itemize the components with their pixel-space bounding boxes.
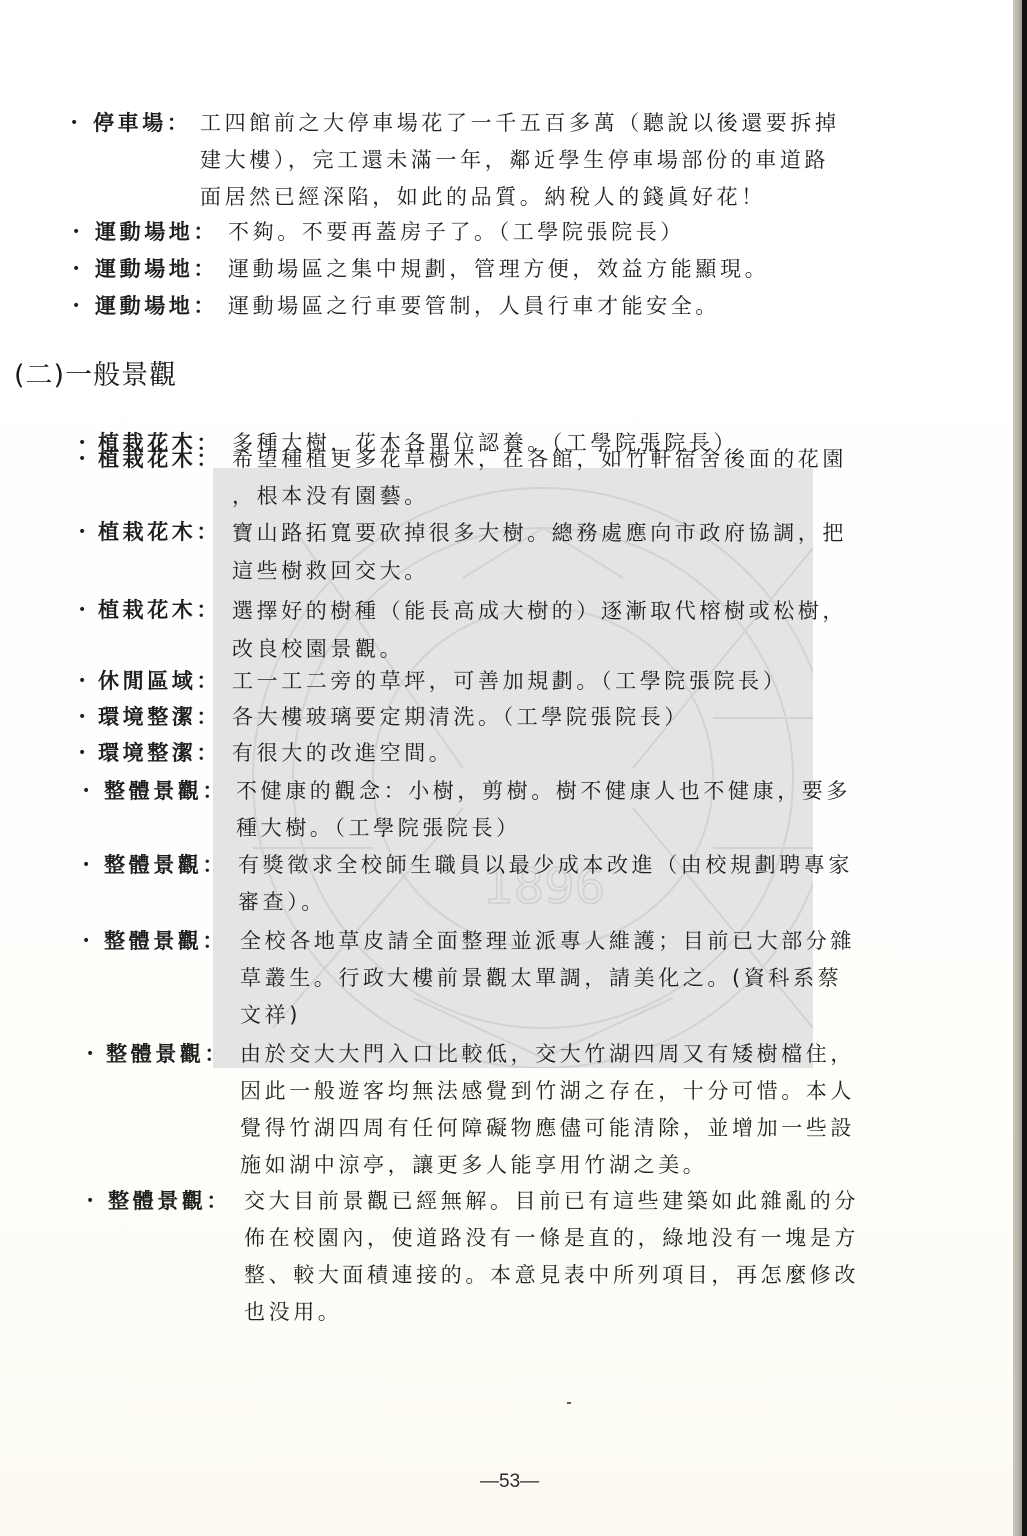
entry-line: 覺得竹湖四周有任何障礙物應儘可能清除，並增加一些設 <box>240 1110 855 1147</box>
bullet-icon: • <box>78 514 86 551</box>
entry-line: 也没用。 <box>244 1294 859 1331</box>
entry-line: 選擇好的樹種（能長高成大樹的）逐漸取代榕樹或松樹， <box>232 592 847 630</box>
entry-label: 運動場地： <box>95 214 218 251</box>
entry-line: 佈在校園內，使道路没有一條是直的，綠地没有一塊是方 <box>244 1220 859 1257</box>
entry-label: 休閒區域： <box>98 663 221 700</box>
entry-label: 植栽花木： <box>98 592 221 629</box>
entry-line: 種大樹。（工學院張院長） <box>236 810 851 847</box>
bullet-icon: • <box>78 441 86 478</box>
scan-speck <box>567 1402 571 1404</box>
entry-line: 有很大的改進空間。 <box>232 735 453 772</box>
entry-line: 寶山路拓寬要砍掉很多大樹。總務處應向市政府協調，把 <box>232 514 847 552</box>
entry-text: 運動場區之行車要管制，人員行車才能安全。 <box>228 288 720 325</box>
entry-line: 建大樓），完工還未滿一年，鄰近學生停車場部份的車道路 <box>200 142 840 179</box>
entry-line: 各大樓玻璃要定期清洗。（工學院張院長） <box>232 699 689 736</box>
entry-label: 停車場： <box>93 105 191 142</box>
entry-line: 面居然已經深陷，如此的品質。納稅人的錢眞好花！ <box>200 179 840 216</box>
entry-line: 運動場區之行車要管制，人員行車才能安全。 <box>228 288 720 325</box>
bullet-icon: • <box>72 288 80 325</box>
bullet-icon: • <box>86 1183 94 1220</box>
entry-line: 工一工二旁的草坪，可善加規劃。（工學院張院長） <box>232 663 787 700</box>
entry-text: 由於交大大門入口比較低，交大竹湖四周又有矮樹檔住， 因此一般遊客均無法感覺到竹湖… <box>240 1036 855 1184</box>
entry-text: 希望種植更多花草樹木，在各館，如竹軒宿舍後面的花園 ，根本没有園藝。 <box>232 441 847 515</box>
entry-line: 有獎徵求全校師生職員以最少成本改進（由校規劃聘專家 <box>238 847 853 884</box>
entry-label: 環境整潔： <box>98 699 221 736</box>
entry-text: 全校各地草皮請全面整理並派專人維護；目前已大部分雜 草叢生。行政大樓前景觀太單調… <box>240 923 855 1034</box>
bullet-icon: • <box>78 735 86 772</box>
scan-border <box>1022 0 1027 1536</box>
bullet-icon: • <box>78 592 86 629</box>
entry-label: 整體景觀： <box>106 1036 229 1073</box>
entry-line: 全校各地草皮請全面整理並派專人維護；目前已大部分雜 <box>240 923 855 960</box>
entry-text: 選擇好的樹種（能長高成大樹的）逐漸取代榕樹或松樹， 改良校園景觀。 <box>232 592 847 668</box>
entry-label: 運動場地： <box>95 288 218 325</box>
entry-label: 整體景觀： <box>104 923 227 960</box>
entry-label: 植栽花木： <box>98 441 221 478</box>
entry-label: 整體景觀： <box>104 773 227 810</box>
bullet-icon: • <box>82 773 90 810</box>
entry-line: 施如湖中涼亭，讓更多人能享用竹湖之美。 <box>240 1147 855 1184</box>
bullet-icon: • <box>78 663 86 700</box>
section-heading: (二)一般景觀 <box>14 356 177 396</box>
entry-line: 草叢生。行政大樓前景觀太單調，請美化之。(資科系蔡 <box>240 960 855 997</box>
entry-text: 不健康的觀念：小樹，剪樹。樹不健康人也不健康，要多 種大樹。（工學院張院長） <box>236 773 851 847</box>
entry-text: 工一工二旁的草坪，可善加規劃。（工學院張院長） <box>232 663 787 700</box>
entry-text: 交大目前景觀已經無解。目前已有這些建築如此雜亂的分 佈在校園內，使道路没有一條是… <box>244 1183 859 1331</box>
page-number: —53— <box>480 1470 539 1494</box>
entry-line: 這些樹救回交大。 <box>232 552 847 590</box>
entry-text: 各大樓玻璃要定期清洗。（工學院張院長） <box>232 699 689 736</box>
entry-text: 工四館前之大停車場花了一千五百多萬（聽說以後還要拆掉 建大樓），完工還未滿一年，… <box>200 105 840 216</box>
entry-label: 運動場地： <box>95 251 218 288</box>
entry-line: 工四館前之大停車場花了一千五百多萬（聽說以後還要拆掉 <box>200 105 840 142</box>
bullet-icon: • <box>82 923 90 960</box>
entry-line: 因此一般遊客均無法感覺到竹湖之存在，十分可惜。本人 <box>240 1073 855 1110</box>
entry-line: 由於交大大門入口比較低，交大竹湖四周又有矮樹檔住， <box>240 1036 855 1073</box>
bullet-icon: • <box>70 105 78 142</box>
entry-line: 不夠。不要再蓋房子了。（工學院張院長） <box>228 214 685 251</box>
entry-line: 交大目前景觀已經無解。目前已有這些建築如此雜亂的分 <box>244 1183 859 1220</box>
document-page: 1896 • 停車場： 工四館前之大停車場花了一千五百多萬（聽說以後還要拆掉 建… <box>0 0 1013 1536</box>
entry-label: 環境整潔： <box>98 735 221 772</box>
bullet-icon: • <box>72 214 80 251</box>
entry-line: 整、較大面積連接的。本意見表中所列項目，再怎麼修改 <box>244 1257 859 1294</box>
entry-line: 文祥) <box>240 997 855 1034</box>
entry-text: 寶山路拓寬要砍掉很多大樹。總務處應向市政府協調，把 這些樹救回交大。 <box>232 514 847 590</box>
entry-label: 植栽花木： <box>98 514 221 551</box>
scan-edge <box>1013 0 1022 1536</box>
entry-line: ，根本没有園藝。 <box>232 478 847 515</box>
entry-line: 運動場區之集中規劃，管理方便，效益方能顯現。 <box>228 251 769 288</box>
entry-label: 整體景觀： <box>108 1183 231 1220</box>
entry-text: 運動場區之集中規劃，管理方便，效益方能顯現。 <box>228 251 769 288</box>
entry-line: 希望種植更多花草樹木，在各館，如竹軒宿舍後面的花園 <box>232 441 847 478</box>
entry-line: 審查）。 <box>238 884 853 921</box>
bullet-icon: • <box>78 699 86 736</box>
entry-label: 整體景觀： <box>104 847 227 884</box>
entry-text: 不夠。不要再蓋房子了。（工學院張院長） <box>228 214 685 251</box>
entry-text: 有獎徵求全校師生職員以最少成本改進（由校規劃聘專家 審查）。 <box>238 847 853 921</box>
bullet-icon: • <box>72 251 80 288</box>
bullet-icon: • <box>86 1036 94 1073</box>
bullet-icon: • <box>82 847 90 884</box>
entry-line: 不健康的觀念：小樹，剪樹。樹不健康人也不健康，要多 <box>236 773 851 810</box>
entry-text: 有很大的改進空間。 <box>232 735 453 772</box>
